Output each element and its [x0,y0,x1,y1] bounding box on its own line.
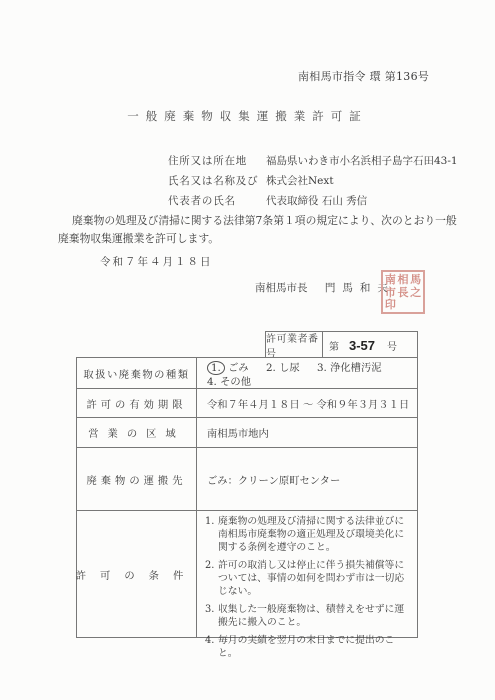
waste-types-label: 取扱い廃棄物の種類 [77,358,197,388]
condition-item: 3.収集した一般廃棄物は、積替えをせずに運搬先に搬入のこと。 [205,603,409,629]
destination-value: ごみ：クリーン原町センター [197,448,417,510]
table-row-validity: 許可の有効期限 令和７年４月１８日 ～ 令和９年３月３１日 [77,388,417,417]
permit-number-value: 第 3-57 号 [323,332,417,358]
permit-body-text: 廃棄物の処理及び清掃に関する法律第7条第１項の規定により、次のとおり一般廃棄物収… [58,212,458,248]
waste-types-value: 1. ごみ 2. し尿 3. 浄化槽汚泥 4. その他 [197,358,417,388]
business-area-label: 営業の区域 [77,418,197,447]
address-label: 住所又は所在地 [168,153,266,168]
permit-details-table: 取扱い廃棄物の種類 1. ごみ 2. し尿 3. 浄化槽汚泥 4. その他 許可… [76,357,418,638]
representative-value: 代表取締役 石山 秀信 [266,193,367,208]
company-name-value: 株式会社Next [266,173,334,188]
waste-kind-4: 4. その他 [207,375,251,389]
document-number: 南相馬市指令 環 第136号 [298,68,429,84]
table-row-conditions: 許可の条件 1.廃棄物の処理及び清掃に関する法律並びに南相馬市廃棄物の適正処理及… [77,510,417,637]
representative-label: 代表者の氏名 [168,193,266,208]
waste-kind-2: 2. し尿 [266,361,300,375]
representative-row: 代表者の氏名 代表取締役 石山 秀信 [168,190,458,210]
table-row-business-area: 営業の区域 南相馬市地内 [77,417,417,447]
validity-label: 許可の有効期限 [77,389,197,417]
conditions-label: 許可の条件 [77,511,197,637]
condition-item: 1.廃棄物の処理及び清掃に関する法律並びに南相馬市廃棄物の適正処理及び環境美化に… [205,515,409,554]
condition-item: 4.毎月の実績を翌月の末日までに提出のこと。 [205,634,409,660]
validity-value: 令和７年４月１８日 ～ 令和９年３月３１日 [197,389,417,417]
permit-number-box: 許可業者番号 第 3-57 号 [265,331,418,358]
address-value: 福島県いわき市小名浜相子島字石田43-1 [266,153,458,168]
applicant-info: 住所又は所在地 福島県いわき市小名浜相子島字石田43-1 氏名又は名称及び 株式… [168,150,458,210]
permit-number-prefix: 第 [329,338,339,353]
company-name-label: 氏名又は名称及び [168,173,266,188]
conditions-list: 1.廃棄物の処理及び清掃に関する法律並びに南相馬市廃棄物の適正処理及び環境美化に… [197,511,417,637]
permit-number-label: 許可業者番号 [266,332,323,358]
waste-kind-3: 3. 浄化槽汚泥 [317,361,382,375]
table-row-waste-types: 取扱い廃棄物の種類 1. ごみ 2. し尿 3. 浄化槽汚泥 4. その他 [77,358,417,388]
waste-kind-1: 1. ごみ [207,361,249,375]
table-row-destination: 廃棄物の運搬先 ごみ：クリーン原町センター [77,447,417,510]
destination-label: 廃棄物の運搬先 [77,448,197,510]
official-seal-icon: 南相馬 市長之 印 [381,270,425,314]
issuer: 南相馬市長 門馬和夫 [255,280,395,295]
applicant-name-row: 氏名又は名称及び 株式会社Next [168,170,458,190]
issuer-title: 南相馬市長 [255,282,308,294]
condition-item: 2.許可の取消し又は停止に伴う損失補償等については、事情の如何を問わず市は一切応… [205,559,409,598]
issue-date: 令和７年４月１８日 [100,254,213,269]
business-area-value: 南相馬市地内 [197,418,417,447]
applicant-address-row: 住所又は所在地 福島県いわき市小名浜相子島字石田43-1 [168,150,458,170]
document-title: 一般廃棄物収集運搬業許可証 [0,108,495,124]
permit-number-suffix: 号 [387,338,397,353]
permit-number: 3-57 [349,338,375,353]
